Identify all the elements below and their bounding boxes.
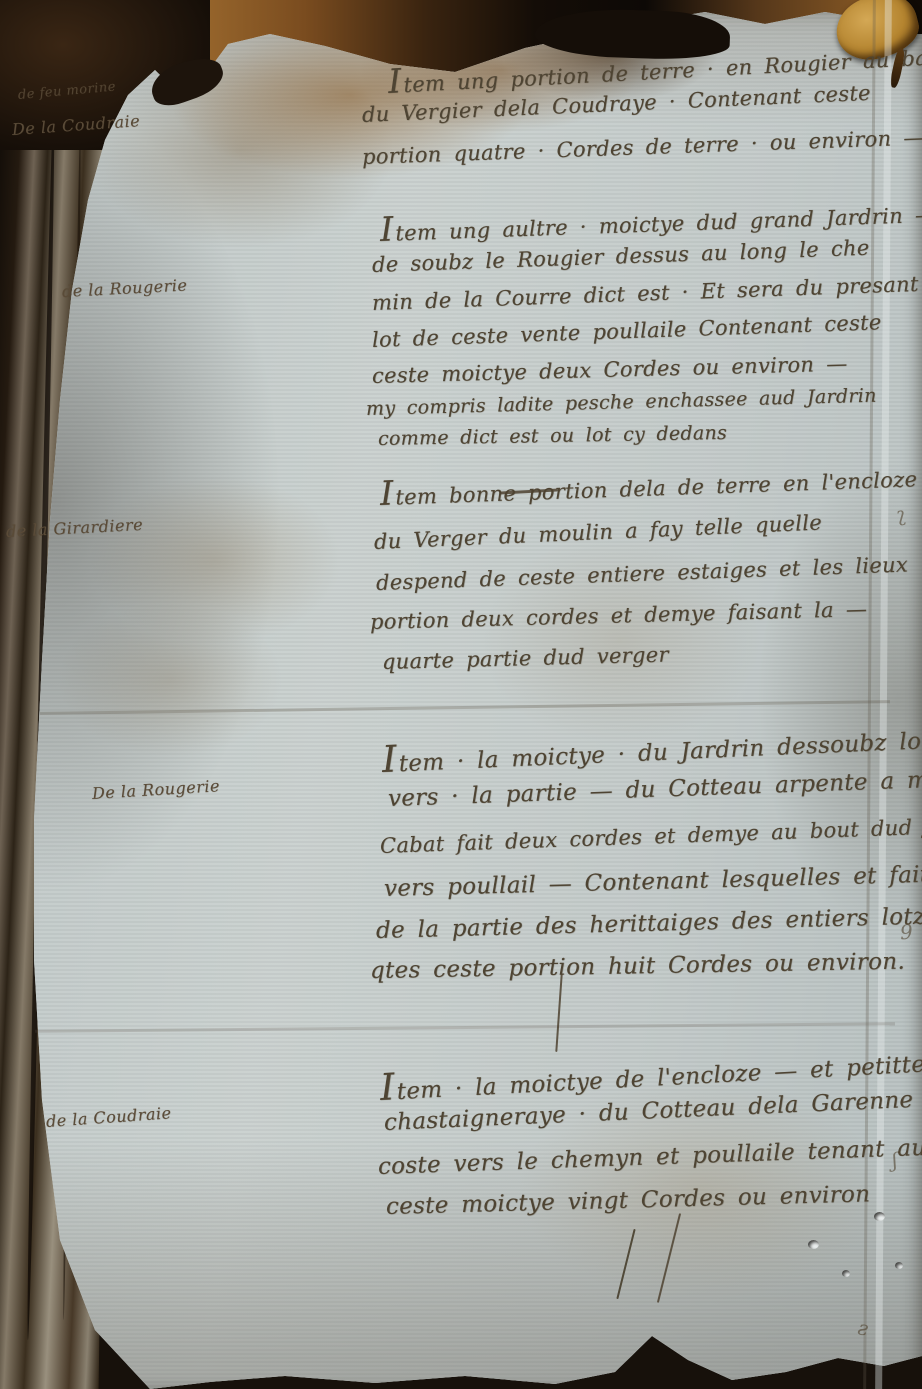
manuscript-photo: de feu morine De la Coudraie Item ung po…	[0, 0, 922, 1389]
worm-hole	[842, 1270, 850, 1277]
worm-hole	[895, 1262, 903, 1269]
worm-hole	[874, 1212, 885, 1221]
bleedthrough-mark: 9	[899, 920, 913, 945]
worm-hole	[808, 1240, 819, 1249]
